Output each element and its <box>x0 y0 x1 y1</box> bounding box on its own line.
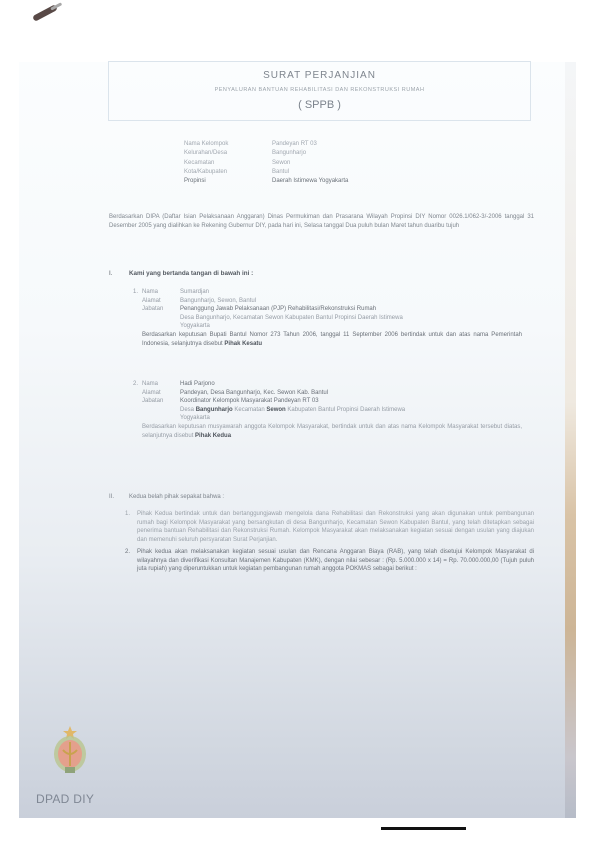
party-2: 2.NamaHadi Parjono AlamatPandeyan, Desa … <box>133 380 522 440</box>
watermark: DPAD DIY <box>36 792 94 806</box>
info-row: KecamatanSewon <box>184 159 348 168</box>
title-box: SURAT PERJANJIAN PENYALURAN BANTUAN REHA… <box>108 61 531 121</box>
group-info: Nama KelompokPandeyan RT 03 Kelurahan/De… <box>184 140 348 186</box>
party-2-basis: Berdasarkan keputusan musyawarah anggota… <box>142 423 522 440</box>
intro-paragraph: Berdasarkan DIPA (Daftar Isian Pelaksana… <box>109 213 534 230</box>
section-2-list: 1.Pihak Kedua bertindak untuk dan bertan… <box>125 510 534 577</box>
section-2-heading: II.Kedua belah pihak sepakat bahwa : <box>109 494 224 500</box>
document-title: SURAT PERJANJIAN <box>109 70 530 81</box>
document-subtitle: PENYALURAN BANTUAN REHABILITASI DAN REKO… <box>109 87 530 93</box>
dpad-diy-emblem-icon <box>51 726 89 778</box>
page-torn-edge <box>565 62 576 818</box>
party-1: 1.NamaSumardjan AlamatBangunharjo, Sewon… <box>133 288 522 348</box>
signature-underline <box>381 827 466 830</box>
info-row: PropinsiDaerah Istimewa Yogyakarta <box>184 177 348 186</box>
info-row: Kota/KabupatenBantul <box>184 168 348 177</box>
list-item: 1.Pihak Kedua bertindak untuk dan bertan… <box>125 510 534 545</box>
document-code: ( SPPB ) <box>109 99 530 111</box>
info-row: Nama KelompokPandeyan RT 03 <box>184 140 348 149</box>
pen-mark <box>32 4 58 22</box>
info-row: Kelurahan/DesaBangunharjo <box>184 149 348 158</box>
section-1-heading: I.Kami yang bertanda tangan di bawah ini… <box>109 270 253 277</box>
list-item: 2.Pihak kedua akan melaksanakan kegiatan… <box>125 548 534 574</box>
party-1-basis: Berdasarkan keputusan Bupati Bantul Nomo… <box>142 331 522 348</box>
